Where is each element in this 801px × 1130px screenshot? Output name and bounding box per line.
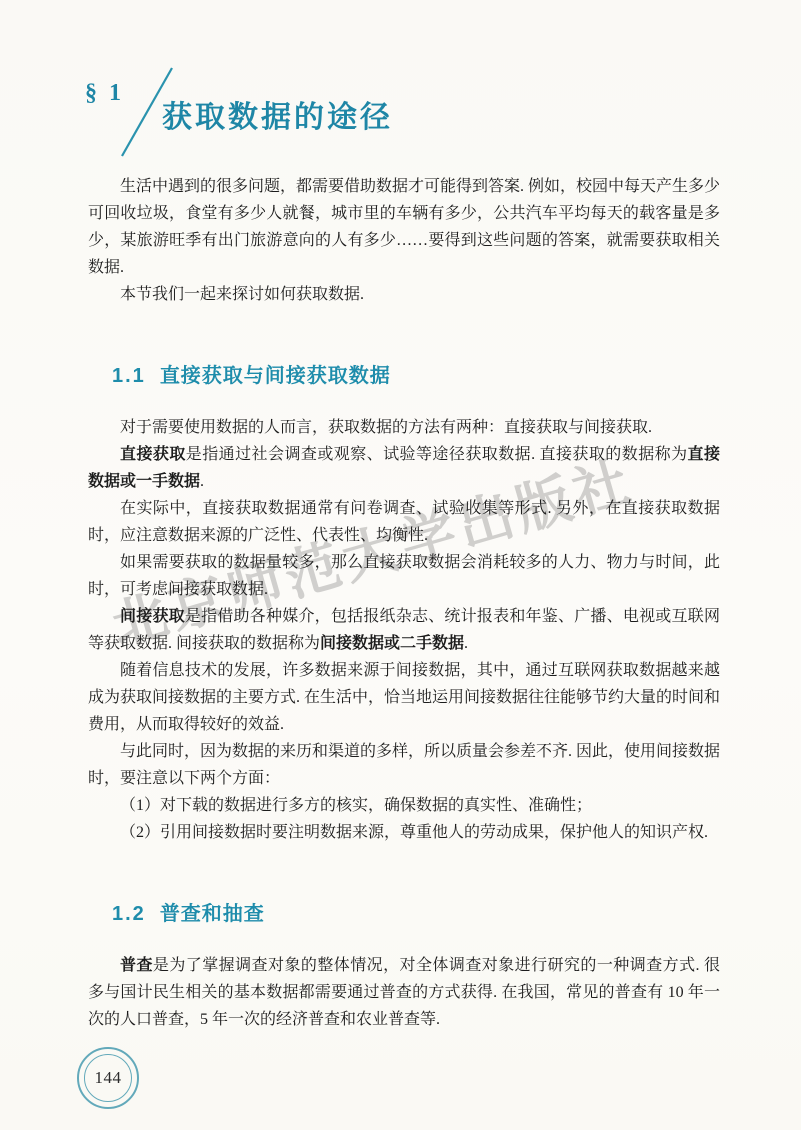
paragraph: （2）引用间接数据时要注明数据来源，尊重他人的劳动成果，保护他人的知识产权. <box>88 819 720 846</box>
paragraph: 对于需要使用数据的人而言，获取数据的方法有两种：直接获取与间接获取. <box>88 414 720 441</box>
text-run: . <box>464 635 468 652</box>
text-run: 是指通过社会调查或观察、试验等途径获取数据. 直接获取的数据称为 <box>186 446 688 463</box>
page-number-inner-ring: 144 <box>84 1054 132 1102</box>
text-run: . <box>200 473 204 490</box>
text-run: 是为了掌握调查对象的整体情况，对全体调查对象进行研究的一种调查方式. 很多与国计… <box>88 957 720 1028</box>
text-run: 与此同时，因为数据的来历和渠道的多样，所以质量会参差不齐. 因此，使用间接数据时… <box>88 743 720 787</box>
section-number: 1.2 <box>112 903 146 925</box>
text-run: 如果需要获取的数据量较多，那么直接获取数据会消耗较多的人力、物力与时间，此时，可… <box>88 554 720 598</box>
page-content: 生活中遇到的很多问题，都需要借助数据才可能得到答案. 例如，校园中每天产生多少可… <box>88 0 720 1033</box>
section-1-2-paragraphs: 普查是为了掌握调查对象的整体情况，对全体调查对象进行研究的一种调查方式. 很多与… <box>88 952 720 1033</box>
section-1-1-paragraphs: 对于需要使用数据的人而言，获取数据的方法有两种：直接获取与间接获取.直接获取是指… <box>88 414 720 846</box>
intro-paragraphs: 生活中遇到的很多问题，都需要借助数据才可能得到答案. 例如，校园中每天产生多少可… <box>88 173 720 308</box>
bold-text-run: 直接获取 <box>120 446 186 463</box>
section-title: 直接获取与间接获取数据 <box>160 365 391 387</box>
paragraph: 间接获取是指借助各种媒介，包括报纸杂志、统计报表和年鉴、广播、电视或互联网等获取… <box>88 603 720 657</box>
paragraph: 直接获取是指通过社会调查或观察、试验等途径获取数据. 直接获取的数据称为直接数据… <box>88 441 720 495</box>
paragraph: 在实际中，直接获取数据通常有问卷调查、试验收集等形式. 另外，在直接获取数据时，… <box>88 495 720 549</box>
bold-text-run: 普查 <box>120 957 153 974</box>
text-run: 生活中遇到的很多问题，都需要借助数据才可能得到答案. 例如，校园中每天产生多少可… <box>88 178 720 276</box>
text-run: 本节我们一起来探讨如何获取数据. <box>120 286 364 303</box>
paragraph: 生活中遇到的很多问题，都需要借助数据才可能得到答案. 例如，校园中每天产生多少可… <box>88 173 720 281</box>
page-number: 144 <box>95 1068 122 1088</box>
bold-text-run: 间接获取 <box>120 608 185 625</box>
text-run: （1）对下载的数据进行多方的核实，确保数据的真实性、准确性； <box>120 797 592 814</box>
text-run: 在实际中，直接获取数据通常有问卷调查、试验收集等形式. 另外，在直接获取数据时，… <box>88 500 720 544</box>
paragraph: 本节我们一起来探讨如何获取数据. <box>88 281 720 308</box>
paragraph: 普查是为了掌握调查对象的整体情况，对全体调查对象进行研究的一种调查方式. 很多与… <box>88 952 720 1033</box>
text-run: 随着信息技术的发展，许多数据来源于间接数据，其中，通过互联网获取数据越来越成为获… <box>88 662 720 733</box>
section-number: 1.1 <box>112 365 146 387</box>
section-title: 普查和抽查 <box>160 903 265 925</box>
paragraph: （1）对下载的数据进行多方的核实，确保数据的真实性、准确性； <box>88 792 720 819</box>
section-heading-1-2: 1.2普查和抽查 <box>112 900 720 928</box>
section-heading-1-1: 1.1直接获取与间接获取数据 <box>112 362 720 390</box>
paragraph: 随着信息技术的发展，许多数据来源于间接数据，其中，通过互联网获取数据越来越成为获… <box>88 657 720 738</box>
page-number-badge: 144 <box>77 1047 139 1109</box>
text-run: （2）引用间接数据时要注明数据来源，尊重他人的劳动成果，保护他人的知识产权. <box>120 824 708 841</box>
bold-text-run: 间接数据或二手数据 <box>320 635 464 652</box>
textbook-page: 北京师范大学出版社 § 1 获取数据的途径 生活中遇到的很多问题，都需要借助数据… <box>0 0 801 1130</box>
text-run: 对于需要使用数据的人而言，获取数据的方法有两种：直接获取与间接获取. <box>120 419 652 436</box>
paragraph: 如果需要获取的数据量较多，那么直接获取数据会消耗较多的人力、物力与时间，此时，可… <box>88 549 720 603</box>
paragraph: 与此同时，因为数据的来历和渠道的多样，所以质量会参差不齐. 因此，使用间接数据时… <box>88 738 720 792</box>
